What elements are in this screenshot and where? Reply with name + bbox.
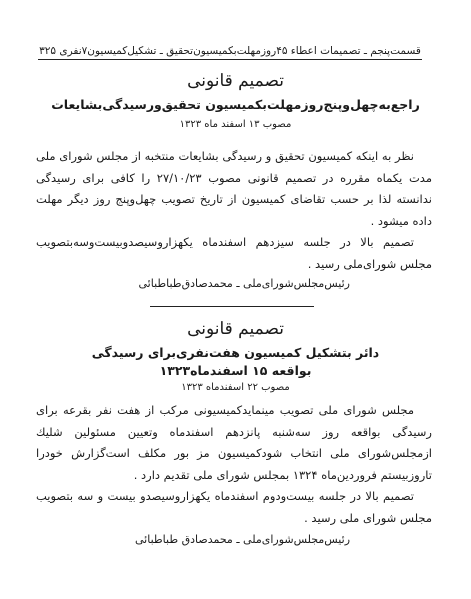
decision-1-paragraph-1-text: نظر به اینکه کمیسیون تحقیق و رسیدگی بشای…: [36, 149, 432, 228]
decision-1-paragraph-1: نظر به اینکه کمیسیون تحقیق و رسیدگی بشای…: [36, 146, 432, 232]
decision-1-signature: رئیس‌مجلس‌شورای‌ملی ـ محمدصادق‌طباطبائی: [0, 276, 350, 292]
decision-2-paragraph-1-text: مجلس شورای ملی تصویب مینمایدکمیسیونی مرک…: [36, 403, 432, 482]
decision-1-approved-date: مصوب ۱۳ اسفند ماه ۱۳۲۳: [0, 118, 471, 132]
decision-2-paragraph-2-text: تصمیم بالا در جلسه بیست‌ودوم اسفندماه یک…: [36, 489, 432, 525]
decision-2-approved-date: مصوب ۲۲ اسفندماه ۱۳۲۳: [0, 381, 471, 395]
decision-1-title: تصمیم قانونی: [0, 70, 471, 92]
running-header: قسمت‌پنجم ـ تصمیمات اعطاء ۴۵روزمهلت‌بکمی…: [38, 44, 422, 58]
document-page: قسمت‌پنجم ـ تصمیمات اعطاء ۴۵روزمهلت‌بکمی…: [0, 0, 471, 599]
decision-1-subtitle: راجع‌به‌چهل‌وپنج‌روزمهلت‌بکمیسیون تحقیق‌…: [0, 96, 471, 114]
header-rule: [38, 59, 422, 60]
decision-2-paragraph-2: تصمیم بالا در جلسه بیست‌ودوم اسفندماه یک…: [36, 486, 432, 529]
decision-2-subtitle-line-1: دائر بتشکیل کمیسیون هفت‌نفری‌برای رسیدگی: [0, 344, 471, 362]
section-separator: [150, 306, 314, 307]
decision-2-paragraph-1: مجلس شورای ملی تصویب مینمایدکمیسیونی مرک…: [36, 400, 432, 486]
decision-1-paragraph-2-text: تصمیم بالا در جلسه سیزدهم اسفندماه یکهزا…: [36, 235, 432, 271]
decision-1-paragraph-2: تصمیم بالا در جلسه سیزدهم اسفندماه یکهزا…: [36, 232, 432, 275]
decision-2-signature: رئیس‌مجلس‌شورای‌ملی ـ محمدصادق طباطبائی: [0, 532, 350, 548]
decision-2-title: تصمیم قانونی: [0, 318, 471, 340]
decision-2-subtitle-line-2: بواقعه ۱۵ اسفندماه۱۳۲۳: [0, 362, 471, 380]
